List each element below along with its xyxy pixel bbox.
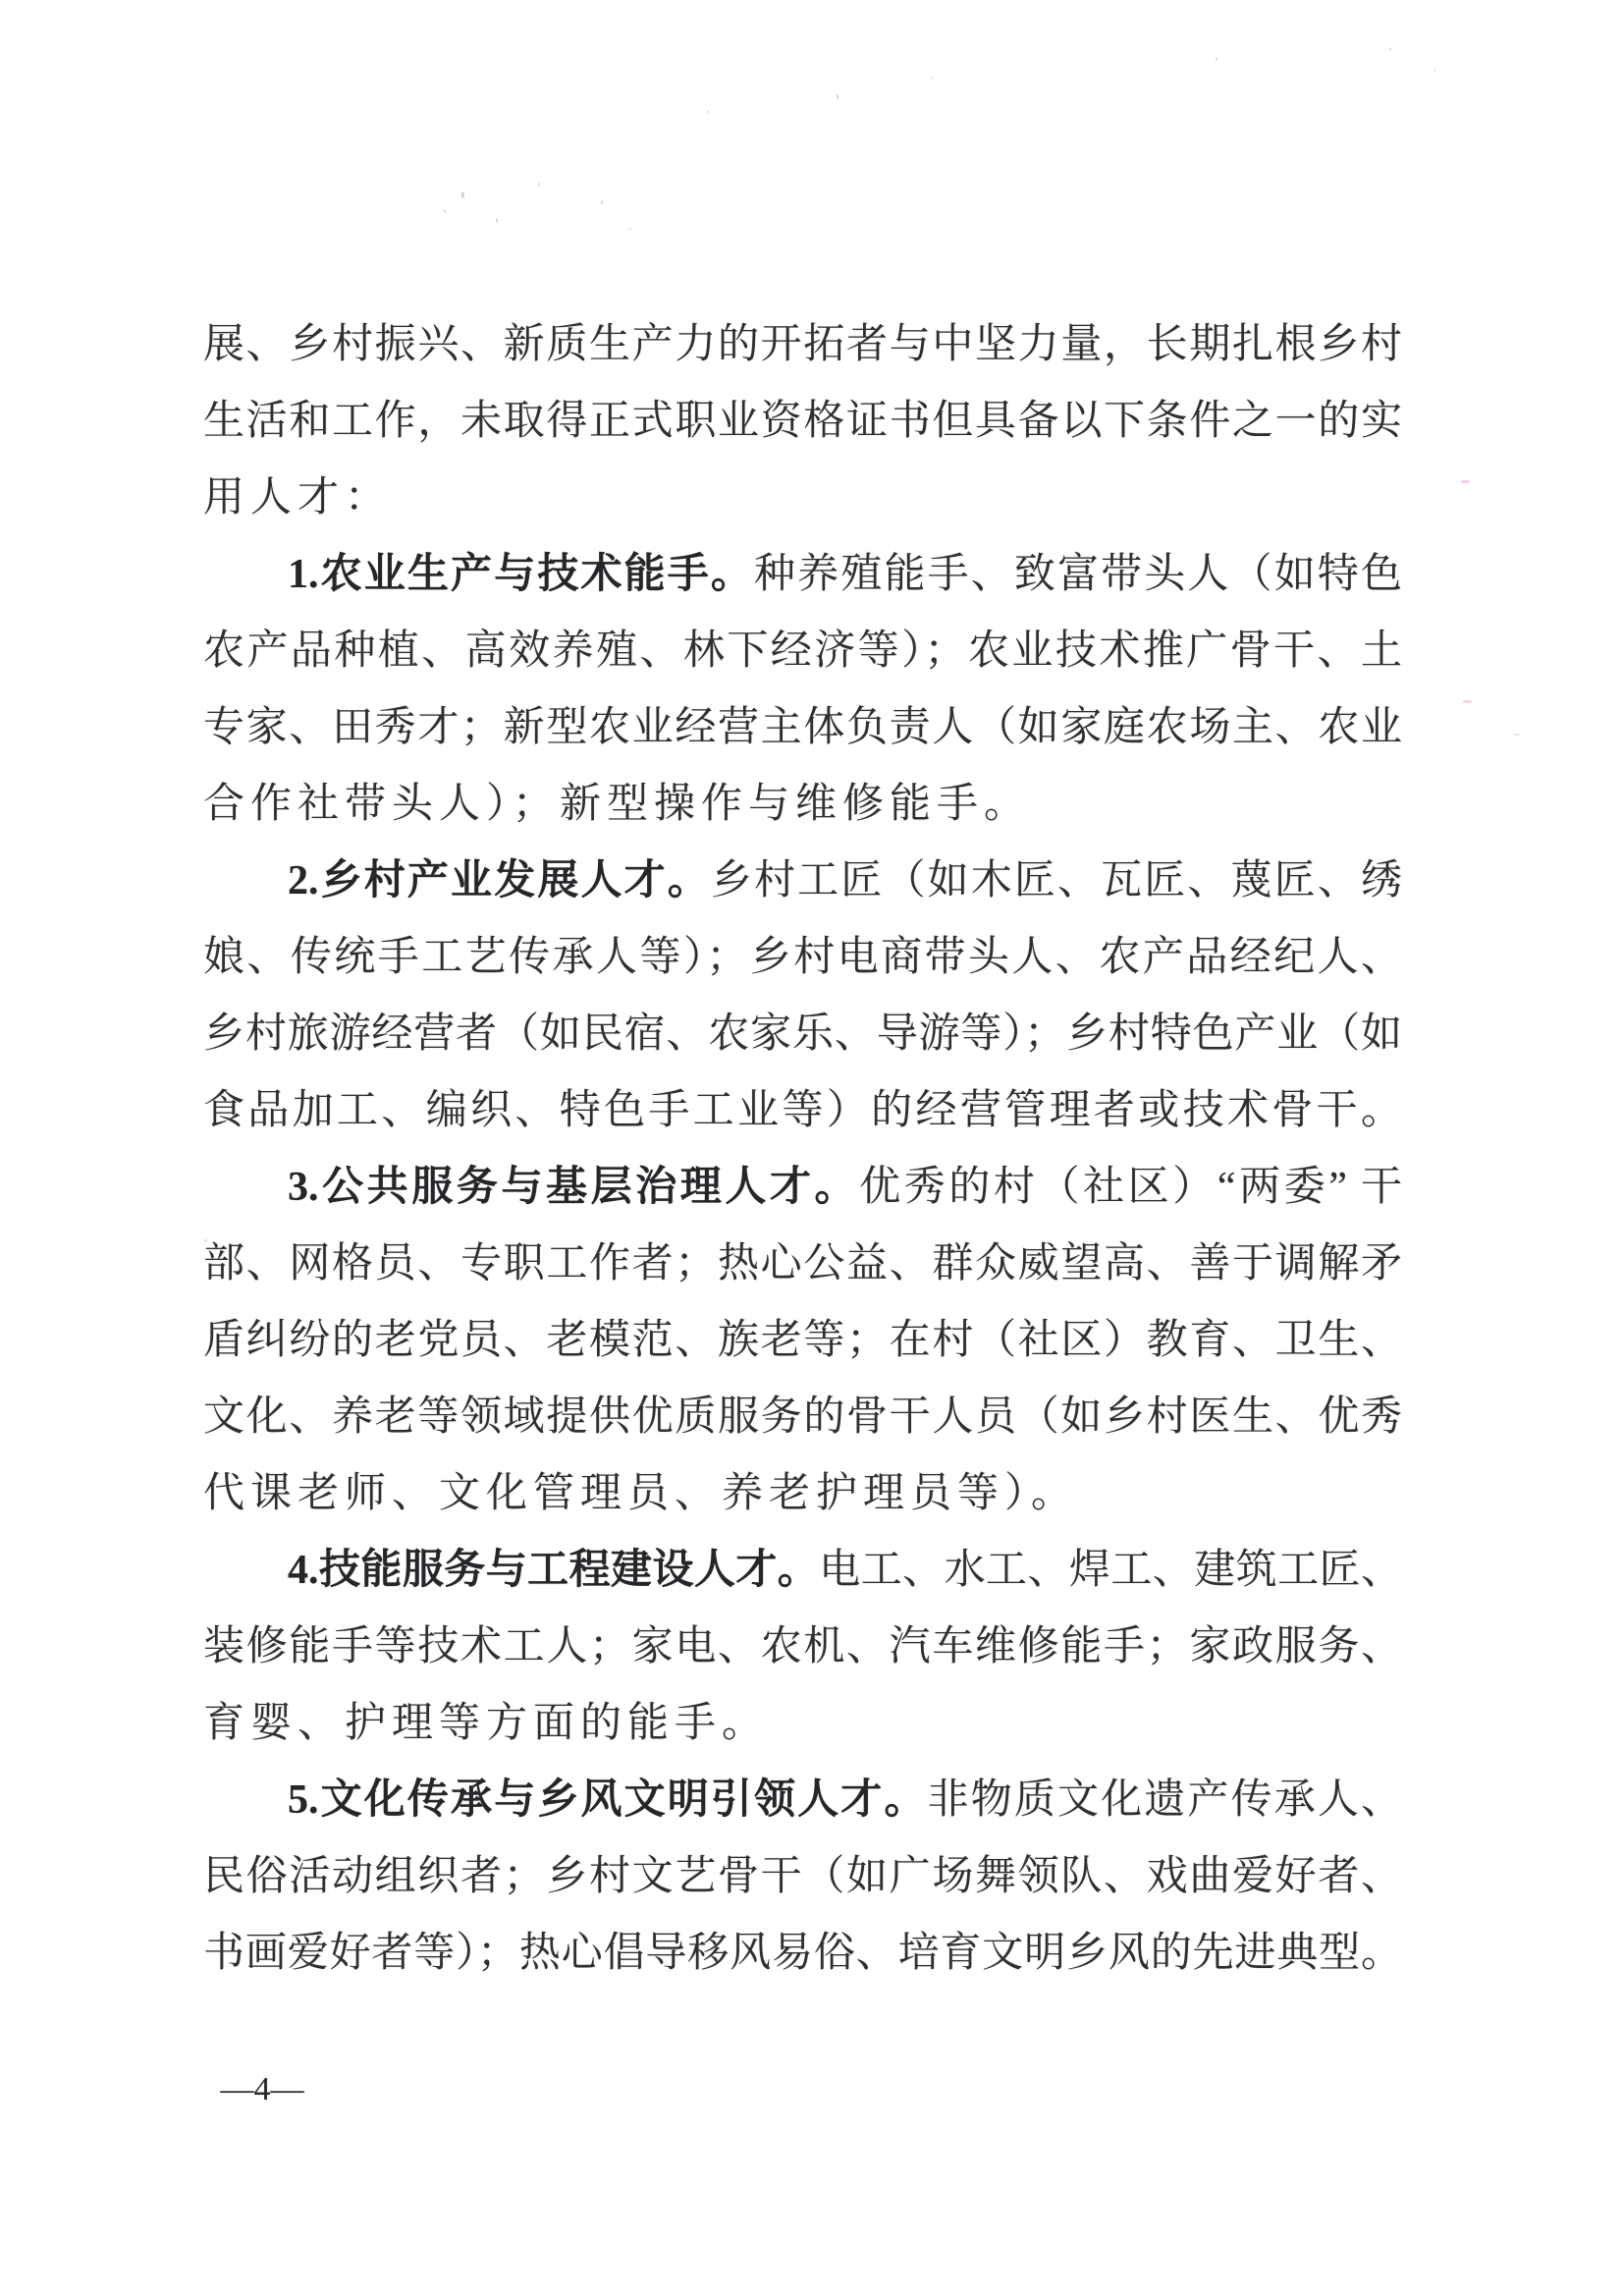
page-number: —4— xyxy=(203,2068,321,2111)
scan-speck xyxy=(629,228,631,231)
item-heading: 2.乡村产业发展人才。 xyxy=(288,858,711,903)
text-line: 生活和工作，未取得正式职业资格证书但具备以下条件之一的实 xyxy=(203,383,1402,460)
scan-speck xyxy=(931,77,933,80)
text-line: 娘、传统手工艺传承人等）；乡村电商带头人、农产品经纪人、 xyxy=(203,919,1402,996)
text-line: 民俗活动组织者；乡村文艺骨干（如广场舞领队、戏曲爱好者、 xyxy=(203,1838,1402,1915)
item-heading: 5.文化传承与乡风文明引领人才。 xyxy=(288,1777,928,1823)
scan-speck xyxy=(204,1239,207,1242)
document-body: 展、乡村振兴、新质生产力的开拓者与中坚力量，长期扎根乡村生活和工作，未取得正式职… xyxy=(203,306,1402,1992)
text-line: 4.技能服务与工程建设人才。电工、水工、焊工、建筑工匠、 xyxy=(203,1532,1402,1609)
text-line: 育婴、护理等方面的能手。 xyxy=(203,1685,1402,1762)
text-line: 盾纠纷的老党员、老模范、族老等；在村（社区）教育、卫生、 xyxy=(203,1302,1402,1379)
scan-speck xyxy=(1389,47,1391,51)
scan-speck xyxy=(538,183,540,187)
scan-speck xyxy=(444,209,446,213)
scan-speck xyxy=(1463,700,1472,703)
scan-speck xyxy=(707,110,709,114)
text-line: 5.文化传承与乡风文明引领人才。非物质文化遗产传承人、 xyxy=(203,1762,1402,1838)
scan-speck xyxy=(601,200,603,205)
text-line: 农产品种植、高效养殖、林下经济等）；农业技术推广骨干、土 xyxy=(203,613,1402,689)
text-line: 文化、养老等领域提供优质服务的骨干人员（如乡村医生、优秀 xyxy=(203,1379,1402,1455)
text-line: 代课老师、文化管理员、养老护理员等）。 xyxy=(203,1455,1402,1532)
text-line: 用人才： xyxy=(203,460,1402,536)
scan-speck xyxy=(1434,69,1435,72)
scan-speck xyxy=(496,218,498,223)
text-line: 专家、田秀才；新型农业经营主体负责人（如家庭农场主、农业 xyxy=(203,689,1402,766)
scan-speck xyxy=(1514,734,1520,736)
scan-speck xyxy=(837,94,839,99)
text-line: 乡村旅游经营者（如民宿、农家乐、导游等）；乡村特色产业（如 xyxy=(203,996,1402,1072)
item-heading: 4.技能服务与工程建设人才。 xyxy=(288,1548,819,1593)
text-line: 合作社带头人）；新型操作与维修能手。 xyxy=(203,766,1402,843)
scan-speck xyxy=(1461,480,1470,483)
text-line: 书画爱好者等）；热心倡导移风易俗、培育文明乡风的先进典型。 xyxy=(203,1915,1402,1992)
scan-speck xyxy=(461,191,464,198)
item-heading: 3.公共服务与基层治理人才。 xyxy=(288,1165,859,1210)
text-line: 装修能手等技术工人；家电、农机、汽车维修能手；家政服务、 xyxy=(203,1609,1402,1685)
text-line: 部、网格员、专职工作者；热心公益、群众威望高、善于调解矛 xyxy=(203,1226,1402,1302)
text-line: 食品加工、编织、特色手工业等）的经营管理者或技术骨干。 xyxy=(203,1072,1402,1149)
text-line: 2.乡村产业发展人才。乡村工匠（如木匠、瓦匠、蔑匠、绣 xyxy=(203,843,1402,919)
document-page: 展、乡村振兴、新质生产力的开拓者与中坚力量，长期扎根乡村生活和工作，未取得正式职… xyxy=(0,0,1623,2296)
scan-speck xyxy=(1216,57,1217,61)
text-line: 3.公共服务与基层治理人才。优秀的村（社区）“两委” 干 xyxy=(203,1149,1402,1226)
text-line: 展、乡村振兴、新质生产力的开拓者与中坚力量，长期扎根乡村 xyxy=(203,306,1402,383)
item-heading: 1.农业生产与技术能手。 xyxy=(288,552,754,597)
text-line: 1.农业生产与技术能手。种养殖能手、致富带头人（如特色 xyxy=(203,536,1402,613)
